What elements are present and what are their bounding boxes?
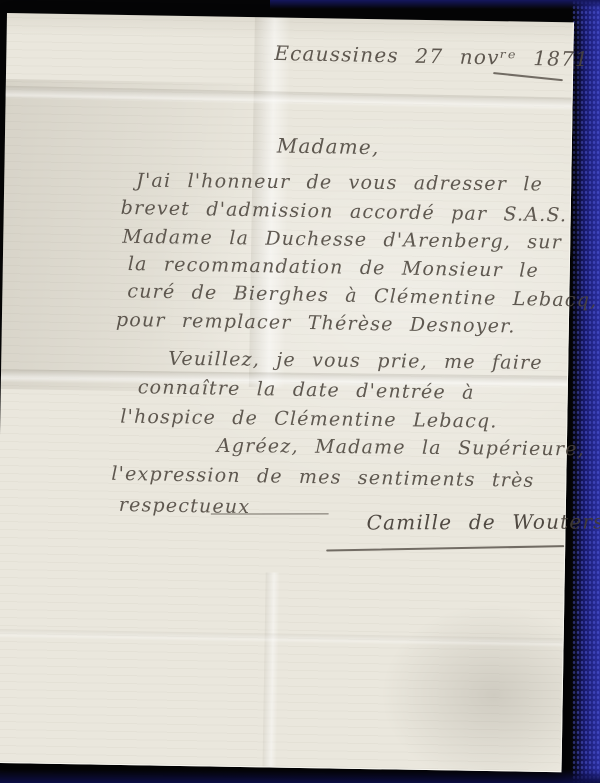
fabric-backdrop-right [572, 0, 600, 783]
letter-closing-line: respectueux [119, 493, 251, 519]
horizontal-fold-crease-lower [0, 629, 563, 647]
letter-signature: Camille de Wouters [367, 509, 600, 534]
letter-dateline: Ecaussines 27 novʳᵉ 1871 [274, 41, 589, 71]
letter-request-line: connaître la date d'entrée à [138, 375, 475, 405]
letter-body-line: J'ai l'honneur de vous adresser le [136, 169, 543, 197]
vertical-fold-crease-bottom [263, 572, 280, 766]
photo-of-letter: Ecaussines 27 novʳᵉ 1871 Madame, J'ai l'… [0, 0, 600, 783]
letter-request-line: Veuillez, je vous prie, me faire [168, 347, 543, 375]
dateline-underline-flourish [493, 72, 563, 81]
letter-paper: Ecaussines 27 novʳᵉ 1871 Madame, J'ai l'… [0, 13, 574, 772]
letter-request-line: l'hospice de Clémentine Lebacq. [120, 405, 498, 434]
signature-underline-flourish [326, 545, 564, 551]
letter-closing-line: l'expression de mes sentiments très [111, 462, 534, 493]
letter-salutation: Madame, [277, 133, 380, 159]
letter-closing-line: Agréez, Madame la Supérieure, [217, 434, 585, 462]
fabric-backdrop-top [270, 0, 600, 9]
